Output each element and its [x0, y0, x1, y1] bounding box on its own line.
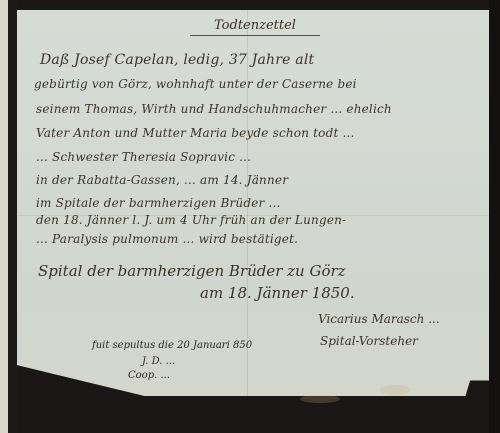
body-line: seinem Thomas, Wirth und Handschuhmacher…	[36, 102, 392, 116]
scan-background	[8, 0, 18, 433]
document-title: Todtenzettel	[190, 18, 320, 36]
burial-note-signature: J. D. ...	[142, 356, 175, 367]
paper-stain	[380, 385, 410, 395]
body-line: Daß Josef Capelan, ledig, 37 Jahre alt	[40, 52, 314, 68]
body-line: in der Rabatta-Gassen, ... am 14. Jänner	[36, 173, 288, 187]
signature-name: Vicarius Marasch ...	[318, 312, 440, 326]
body-line: Vater Anton und Mutter Maria beyde schon…	[36, 126, 355, 140]
body-line: den 18. Jänner l. J. um 4 Uhr früh an de…	[36, 213, 346, 227]
body-line: ... Paralysis pulmonum ... wird bestätig…	[36, 232, 298, 246]
adjacent-page-edge	[0, 0, 8, 433]
burial-note-role: Coop. ...	[128, 370, 170, 381]
body-line: im Spitale der barmherzigen Brüder ...	[36, 196, 281, 210]
date-line: am 18. Jänner 1850.	[200, 284, 355, 302]
body-line: ... Schwester Theresia Sopravic ...	[36, 150, 251, 164]
signature-role: Spital-Vorsteher	[320, 334, 418, 348]
paper-stain	[300, 395, 340, 403]
scan-border	[489, 0, 500, 433]
place-line: Spital der barmherzigen Brüder zu Görz	[38, 262, 346, 280]
burial-note: fuit sepultus die 20 Januari 850	[92, 340, 252, 351]
body-line: gebürtig von Görz, wohnhaft unter der Ca…	[34, 77, 357, 91]
